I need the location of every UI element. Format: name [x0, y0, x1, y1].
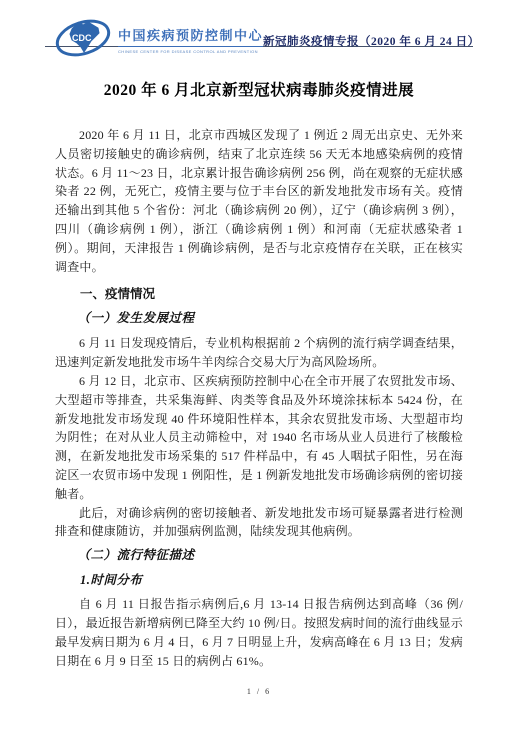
- page-number: 1 / 6: [0, 687, 518, 696]
- report-page: CDC 中国疾病预防控制中心 CHINESE CENTER FOR DISEAS…: [0, 0, 518, 732]
- org-name-block: 中国疾病预防控制中心 CHINESE CENTER FOR DISEASE CO…: [118, 25, 263, 54]
- heading-section-1: 一、疫情情况: [55, 285, 463, 304]
- document-title: 2020 年 6 月北京新型冠状病毒肺炎疫情进展: [55, 78, 463, 100]
- paragraph-june11: 6 月 11 日发现疫情后，专业机构根据前 2 个病例的流行病学调查结果，迅速判…: [55, 334, 463, 372]
- report-masthead-title: 新冠肺炎疫情专报（2020 年 6 月 24 日）: [263, 33, 480, 49]
- org-name-zh: 中国疾病预防控制中心: [118, 25, 263, 47]
- heading-time-distribution: 1.时间分布: [55, 571, 463, 590]
- cdc-logo-letters: CDC: [72, 33, 92, 43]
- paragraph-overview: 2020 年 6 月 11 日，北京市西城区发现了 1 例近 2 周无出京史、无…: [55, 126, 463, 276]
- paragraph-june12: 6 月 12 日，北京市、区疾病预防控制中心在全市开展了农贸批发市场、大型超市等…: [55, 372, 463, 504]
- cdc-brand: CDC 中国疾病预防控制中心 CHINESE CENTER FOR DISEAS…: [55, 16, 263, 61]
- paragraph-followup: 此后，对确诊病例的密切接触者、新发地批发市场可疑暴露者进行检测排查和健康随访，并…: [55, 504, 463, 542]
- heading-section-1-2: （二）流行特征描述: [55, 546, 463, 565]
- paragraph-time-distribution: 自 6 月 11 日报告指示病例后,6 月 13-14 日报告病例达到高峰（36…: [55, 595, 463, 670]
- org-name-en: CHINESE CENTER FOR DISEASE CONTROL AND P…: [118, 49, 263, 54]
- document-body: 2020 年 6 月北京新型冠状病毒肺炎疫情进展 2020 年 6 月 11 日…: [0, 78, 518, 670]
- cdc-logo-icon: CDC: [55, 16, 113, 61]
- report-header: CDC 中国疾病预防控制中心 CHINESE CENTER FOR DISEAS…: [45, 0, 473, 47]
- heading-section-1-1: （一）发生发展过程: [55, 309, 463, 328]
